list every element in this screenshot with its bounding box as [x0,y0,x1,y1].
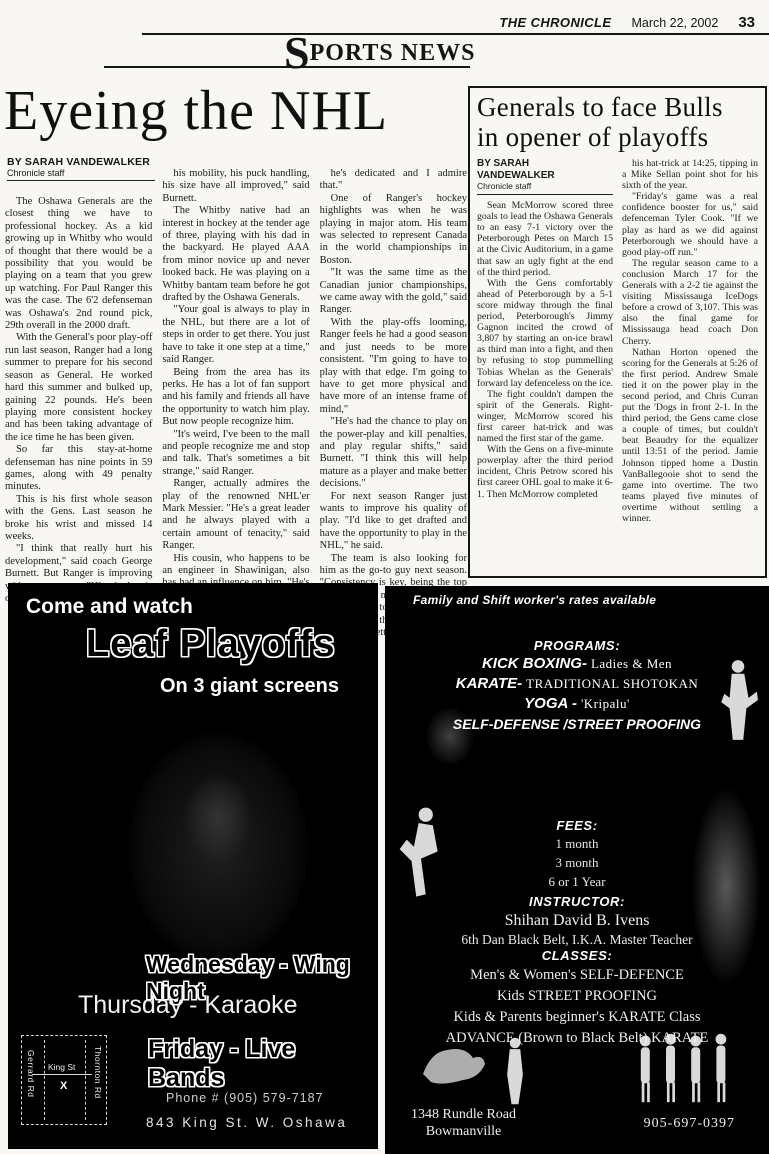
main-byline-author: BY SARAH VANDEWALKER [7,156,157,168]
paragraph: This is his first whole season with the … [5,494,152,544]
ad-address: 843 King St. W. Oshawa [146,1115,347,1130]
paragraph: Being from the area has its perks. He ha… [162,367,309,429]
paragraph: The Whitby native had an interest in hoc… [162,205,309,304]
paragraph: "He's had the chance to play on the powe… [320,416,467,490]
event-thursday: Thursday - Karaoke [78,991,298,1020]
page-number: 33 [738,14,755,31]
map-road-line [32,1074,92,1075]
secondary-headline-line2: in opener of playoffs [477,122,709,152]
map-street-thornton: Thornton Rd [93,1046,103,1099]
secondary-article-body: BY SARAH VANDEWALKER Chronicle staff Sea… [477,158,758,546]
programs-section: PROGRAMS: KICK BOXING- Ladies & Men KARA… [385,638,769,732]
secondary-byline-role: Chronicle staff [477,181,613,195]
paragraph: Ranger, actually admires the play of the… [162,478,309,552]
program-item: KARATE- TRADITIONAL SHOTOKAN [385,675,769,693]
paragraph: his mobility, his puck handling, his siz… [162,168,309,205]
map-road-line [85,1040,86,1120]
publication-name: THE CHRONICLE [499,15,611,30]
paragraph: Sean McMorrow scored three goals to lead… [477,200,613,278]
masthead: THE CHRONICLE March 22, 2002 33 [499,14,755,31]
secondary-article-column-1: BY SARAH VANDEWALKER Chronicle staff Sea… [477,158,613,546]
section-title: PORTS NEWS [310,40,476,66]
event-friday: Friday - Live Bands [148,1035,378,1093]
hockey-photo-highlight [183,773,253,863]
map-street-king: King St [48,1062,75,1072]
paragraph: The Oshawa Generals are the closest thin… [5,196,152,332]
main-article-column-2: his mobility, his puck handling, his siz… [162,168,309,593]
ad-intro-text: Come and watch [26,595,193,619]
fees-heading: FEES: [385,818,769,833]
martial-arts-advertisement: Family and Shift worker's rates availabl… [385,586,769,1154]
main-article-body: The Oshawa Generals are the closest thin… [5,168,467,593]
ad-banner-text: Family and Shift worker's rates availabl… [413,593,656,607]
program-item: SELF-DEFENSE /STREET PROOFING [385,716,769,732]
section-banner: SPORTS NEWS [284,36,484,70]
paragraph: "Friday's game was a real confidence boo… [622,191,758,258]
paragraph: his hat-trick at 14:25, tipping in a Mik… [622,158,758,191]
ad-address: 1348 Rundle Road Bowmanville [411,1106,516,1140]
secondary-headline: Generals to face Bulls in opener of play… [477,92,758,152]
paragraph: With the Gens comfortably ahead of Peter… [477,278,613,389]
class-item: Kids & Parents beginner's KARATE Class [385,1009,769,1026]
instructor-credentials: 6th Dan Black Belt, I.K.A. Master Teache… [385,932,769,948]
classes-heading: CLASSES: [385,948,769,963]
ad-phone: 905-697-0397 [644,1116,735,1132]
paragraph: "It was the same time as the Canadian ju… [320,267,467,317]
instructor-heading: INSTRUCTOR: [385,894,769,909]
programs-heading: PROGRAMS: [385,638,769,653]
main-headline: Eyeing the NHL [4,82,466,140]
fees-section: FEES: 1 month 3 month 6 or 1 Year [385,818,769,890]
instructor-section: INSTRUCTOR: Shihan David B. Ivens 6th Da… [385,894,769,948]
program-item: YOGA - 'Kripalu' [385,695,769,713]
paragraph: So far this stay-at-home defenseman has … [5,444,152,494]
section-banner-rule [104,66,470,68]
paragraph: With the Gens on a five-minute powerplay… [477,444,613,499]
main-article-column-3: he's dedicated and I admire that." One o… [320,168,467,593]
paragraph: With the play-offs looming, Ranger feels… [320,317,467,416]
class-item: Kids STREET PROOFING [385,988,769,1005]
secondary-article-column-2: his hat-trick at 14:25, tipping in a Mik… [622,158,758,546]
secondary-headline-line1: Generals to face Bulls [477,92,723,122]
secondary-article: Generals to face Bulls in opener of play… [468,86,767,578]
location-x-marker-icon: X [60,1080,67,1092]
fee-item: 1 month [385,836,769,852]
paragraph: Nathan Horton opened the scoring for the… [622,347,758,525]
main-article-column-1: The Oshawa Generals are the closest thin… [5,168,152,593]
bar-advertisement: Come and watch Leaf Playoffs On 3 giant … [8,583,378,1149]
paragraph: One of Ranger's hockey highlights was wh… [320,193,467,267]
paragraph: With the General's poor play-off run las… [5,332,152,444]
program-item: KICK BOXING- Ladies & Men [385,655,769,673]
classes-section: CLASSES: Men's & Women's SELF-DEFENCE Ki… [385,948,769,1047]
section-initial: S [284,27,310,78]
paragraph: The regular season came to a conclusion … [622,258,758,347]
ad-subtitle: On 3 giant screens [160,675,339,698]
paragraph: The fight couldn't dampen the spirit of … [477,389,613,444]
class-item: ADVANCE (Brown to Black Belt) KARATE [385,1030,769,1047]
map-road-line [44,1040,45,1120]
issue-date: March 22, 2002 [631,16,718,30]
masthead-rule [142,33,769,35]
ad-phone: Phone # (905) 579-7187 [166,1091,324,1105]
paragraph: "Your goal is always to play in the NHL,… [162,304,309,366]
secondary-byline: BY SARAH VANDEWALKER Chronicle staff [477,158,613,195]
fee-item: 3 month [385,855,769,871]
fee-item: 6 or 1 Year [385,874,769,890]
ad-title: Leaf Playoffs [86,623,336,666]
class-item: Men's & Women's SELF-DEFENCE [385,967,769,984]
secondary-byline-author: BY SARAH VANDEWALKER [477,158,613,181]
paragraph: "It's weird, I've been to the mall and p… [162,429,309,479]
newspaper-page: THE CHRONICLE March 22, 2002 33 SPORTS N… [0,0,769,1154]
instructor-name: Shihan David B. Ivens [385,912,769,930]
paragraph: he's dedicated and I admire that." [320,168,467,193]
paragraph: For next season Ranger just wants to imp… [320,491,467,553]
location-map: Gerrard Rd Thornton Rd King St X [21,1035,107,1125]
